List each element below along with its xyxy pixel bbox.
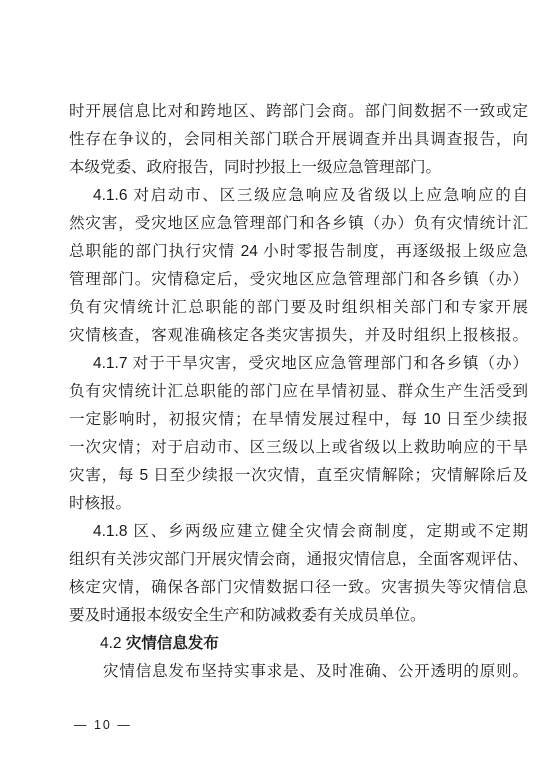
text-line: 灾害，每 5 日至少续报一次灾情，直至灾情解除；灾情解除后及 [69,462,528,490]
document-body: 时开展信息比对和跨地区、跨部门会商。部门间数据不一致或定性存在争议的，会同相关部… [69,98,528,686]
text-line: 核定灾情，确保各部门灾情数据口径一致。灾害损失等灾情信息 [69,574,528,602]
text-line: 组织有关涉灾部门开展灾情会商，通报灾情信息，全面客观评估、 [69,546,528,574]
text-line: 时核报。 [69,490,528,518]
text-line: 4.1.8 区、乡两级应建立健全灾情会商制度，定期或不定期 [69,518,528,546]
section-heading: 4.2 灾情信息发布 [69,630,528,658]
text-line: 负有灾情统计汇总职能的部门应在旱情初显、群众生产生活受到 [69,378,528,406]
text-line: 时开展信息比对和跨地区、跨部门会商。部门间数据不一致或定 [69,98,528,126]
text-line: 一定影响时，初报灾情；在旱情发展过程中，每 10 日至少续报 [69,406,528,434]
text-line: 一次灾情；对于启动市、区三级以上或省级以上救助响应的干旱 [69,434,528,462]
text-line: 管理部门。灾情稳定后，受灾地区应急管理部门和各乡镇（办） [69,266,528,294]
text-line: 灾情信息发布坚持实事求是、及时准确、公开透明的原则。 [69,658,528,686]
section-heading-title: 灾情信息发布 [126,635,219,652]
page-number: — 10 — [74,715,132,735]
text-line: 性存在争议的，会同相关部门联合开展调查并出具调查报告，向 [69,126,528,154]
text-line: 然灾害，受灾地区应急管理部门和各乡镇（办）负有灾情统计汇 [69,210,528,238]
section-heading-number: 4.2 [100,635,126,652]
text-line: 要及时通报本级安全生产和防减救委有关成员单位。 [69,602,528,630]
text-line: 4.1.7 对于干旱灾害，受灾地区应急管理部门和各乡镇（办） [69,350,528,378]
text-line: 总职能的部门执行灾情 24 小时零报告制度，再逐级报上级应急 [69,238,528,266]
document-page: 时开展信息比对和跨地区、跨部门会商。部门间数据不一致或定性存在争议的，会同相关部… [0,0,554,784]
text-line: 本级党委、政府报告，同时抄报上一级应急管理部门。 [69,154,528,182]
text-line: 灾情核查，客观准确核定各类灾害损失，并及时组织上报核报。 [69,322,528,350]
text-line: 负有灾情统计汇总职能的部门要及时组织相关部门和专家开展 [69,294,528,322]
text-line: 4.1.6 对启动市、区三级应急响应及省级以上应急响应的自 [69,182,528,210]
